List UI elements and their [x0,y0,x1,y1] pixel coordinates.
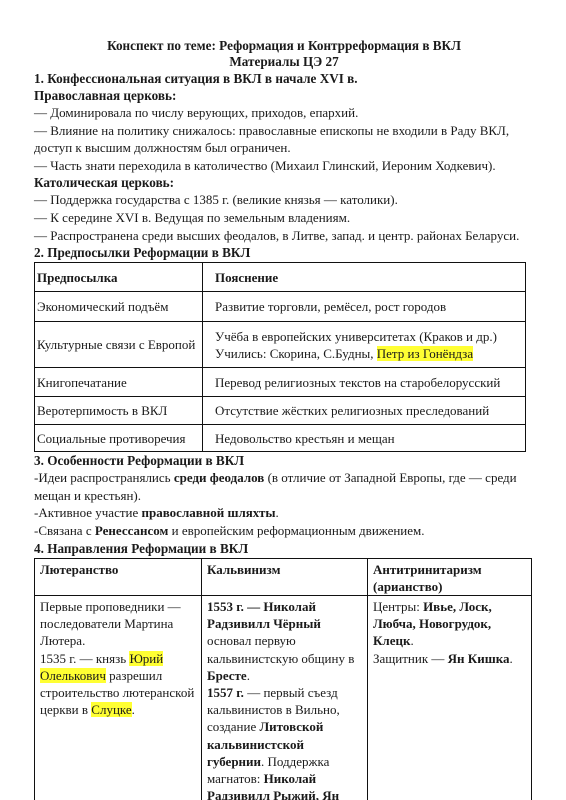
explanation-cell: Развитие торговли, ремёсел, рост городов [203,292,526,322]
feature-emphasis: Ренессансом [95,523,169,538]
explanation-cell: Отсутствие жёстких религиозных преследов… [203,397,526,425]
premise-cell: Экономический подъём [35,292,203,322]
orthodox-item: — Часть знати переходила в католичество … [34,157,534,175]
document-subtitle: Материалы ЦЭ 27 [34,54,534,70]
lutheranism-cell: Первые проповедники — последователи Март… [35,595,202,800]
explanation-line: Учёба в европейских университетах (Крако… [215,328,523,345]
cell-emphasis: 1557 г. [207,685,244,700]
cell-emphasis: Бресте [207,668,247,683]
premise-cell: Культурные связи с Европой [35,322,203,368]
table-header-row: Лютеранство Кальвинизм Антитринитаризм (… [35,558,532,595]
feature-text: и европейским реформационным движением. [168,523,424,538]
premise-cell: Социальные противоречия [35,425,203,452]
feature-text: -Связана с [34,523,95,538]
table-row: Экономический подъём Развитие торговли, … [35,292,526,322]
explanation-text: Учились: Скорина, С.Будны, [215,346,377,361]
column-header-explanation: Пояснение [203,263,526,292]
catholic-item: — Распространена среди высших феодалов, … [34,227,534,245]
cell-text: . [132,702,135,717]
feature-item: -Связана с Ренессансом и европейским реф… [34,522,534,540]
feature-emphasis: православной шляхты [142,505,276,520]
explanation-cell: Перевод религиозных текстов на старобело… [203,368,526,397]
column-header-antitrinitarianism: Антитринитаризм (арианство) [368,558,532,595]
table-row: Социальные противоречия Недовольство кре… [35,425,526,452]
cell-text: Центры: [373,599,423,614]
catholic-item: — Поддержка государства с 1385 г. (велик… [34,191,534,209]
cell-text: . [510,651,513,666]
section1-heading: 1. Конфессиональная ситуация в ВКЛ в нач… [34,70,534,87]
explanation-cell: Учёба в европейских университетах (Крако… [203,322,526,368]
catholic-heading: Католическая церковь: [34,174,534,191]
section4-heading: 4. Направления Реформации в ВКЛ [34,540,534,557]
feature-item: -Идеи распространялись среди феодалов (в… [34,469,534,504]
feature-text: . [276,505,279,520]
directions-table: Лютеранство Кальвинизм Антитринитаризм (… [34,558,532,800]
orthodox-item: — Доминировала по числу верующих, приход… [34,104,534,122]
table-row: Культурные связи с Европой Учёба в европ… [35,322,526,368]
catholic-item: — К середине XVI в. Ведущая по земельным… [34,209,534,227]
section3-heading: 3. Особенности Реформации в ВКЛ [34,452,534,469]
feature-emphasis: среди феодалов [174,470,265,485]
column-header-calvinism: Кальвинизм [202,558,368,595]
orthodox-heading: Православная церковь: [34,87,534,104]
cell-text: основал первую кальвинистскую общину в [207,633,354,665]
feature-item: -Активное участие православной шляхты. [34,504,534,522]
cell-emphasis: Ян Кишка [448,651,510,666]
highlighted-place: Слуцке [91,702,131,717]
orthodox-item: — Влияние на политику снижалось: правосл… [34,122,534,157]
cell-text: Первые проповедники — последователи Март… [40,599,181,648]
cell-text: Защитник — [373,651,448,666]
table-row: Первые проповедники — последователи Март… [35,595,532,800]
antitrinitarianism-cell: Центры: Ивье, Лоск, Любча, Новогрудок, К… [368,595,532,800]
premise-cell: Веротерпимость в ВКЛ [35,397,203,425]
explanation-cell: Недовольство крестьян и мещан [203,425,526,452]
cell-text: 1535 г. — князь [40,651,129,666]
table-row: Веротерпимость в ВКЛ Отсутствие жёстких … [35,397,526,425]
cell-emphasis: 1553 г. — Николай Радзивилл Чёрный [207,599,321,631]
premises-table: Предпосылка Пояснение Экономический подъ… [34,262,526,452]
cell-text: . [247,668,250,683]
document-page: Конспект по теме: Реформация и Контррефо… [34,38,534,800]
document-title: Конспект по теме: Реформация и Контррефо… [34,38,534,54]
premise-cell: Книгопечатание [35,368,203,397]
explanation-line: Учились: Скорина, С.Будны, Петр из Гонён… [215,345,523,362]
table-header-row: Предпосылка Пояснение [35,263,526,292]
feature-text: -Активное участие [34,505,142,520]
column-header-lutheranism: Лютеранство [35,558,202,595]
feature-text: -Идеи распространялись [34,470,174,485]
column-header-premise: Предпосылка [35,263,203,292]
table-row: Книгопечатание Перевод религиозных текст… [35,368,526,397]
cell-text: . [410,633,413,648]
section2-heading: 2. Предпосылки Реформации в ВКЛ [34,244,534,261]
highlighted-name: Петр из Гонёндза [377,346,473,361]
calvinism-cell: 1553 г. — Николай Радзивилл Чёрный основ… [202,595,368,800]
